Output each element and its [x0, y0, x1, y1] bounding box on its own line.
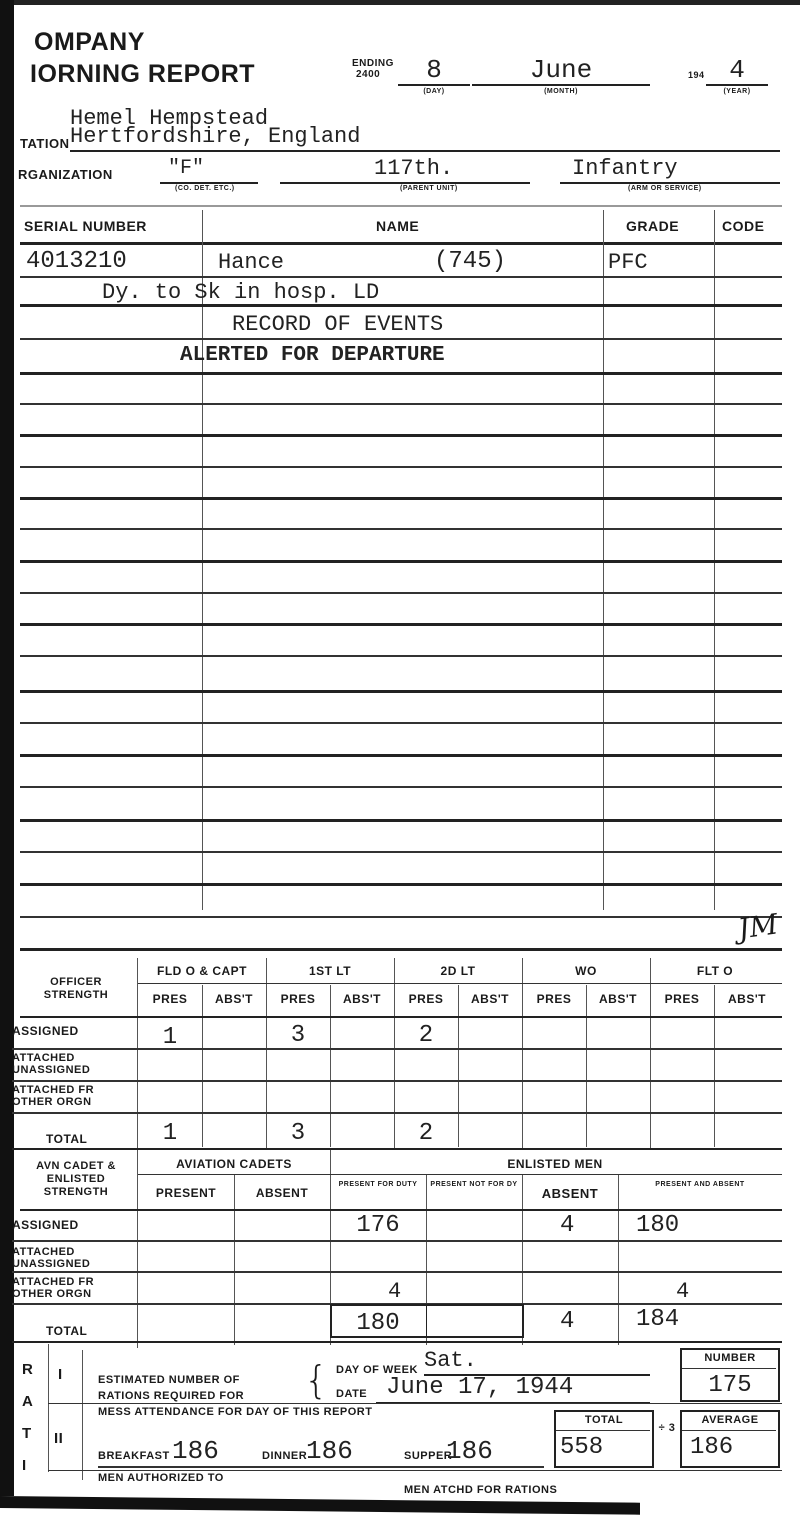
- dinner-value: 186: [306, 1436, 353, 1466]
- day-of-week-value: Sat.: [424, 1348, 650, 1376]
- enlisted-divider: [618, 1175, 619, 1345]
- roster-line: [20, 948, 782, 951]
- strength-rule: [12, 1080, 782, 1082]
- officer-strength-header: OFFICER STRENGTH: [20, 976, 132, 1002]
- enlisted-total-present-and-absent: 184: [636, 1306, 679, 1333]
- roster-line: [20, 304, 782, 307]
- strength-rule: [138, 983, 782, 984]
- mess-total-value: 558: [560, 1434, 603, 1461]
- mess-average-rule: [682, 1430, 776, 1431]
- estimated-label-2: RATIONS REQUIRED FOR: [98, 1388, 244, 1404]
- report-month: June: [472, 56, 650, 86]
- divide-by-three-symbol: ÷ 3: [658, 1420, 676, 1436]
- entry-name: Hance: [218, 250, 284, 275]
- enlisted-assigned-present-and-absent: 180: [636, 1212, 679, 1239]
- station-label: TATION: [20, 136, 69, 151]
- ration-number-label: NUMBER: [682, 1352, 778, 1364]
- men-atchd-rations-label: MEN ATCHD FOR RATIONS: [404, 1484, 557, 1496]
- group-enlisted-men: ENLISTED MEN: [330, 1157, 780, 1171]
- enlisted-row-attached-unassigned: ATTACHED UNASSIGNED: [12, 1246, 132, 1270]
- year-prefix: 194: [688, 70, 705, 80]
- events-entry: ALERTED FOR DEPARTURE: [180, 344, 445, 367]
- col-cadets-present: PRESENT: [138, 1186, 234, 1200]
- ration-date-value: June 17, 1944: [376, 1374, 650, 1404]
- enlisted-row-assigned: ASSIGNED: [12, 1218, 79, 1232]
- enlisted-assigned-absent: 4: [560, 1212, 574, 1239]
- estimated-label-1: ESTIMATED NUMBER OF: [98, 1372, 244, 1388]
- strength-rule: [20, 1016, 782, 1018]
- strength-divider: [714, 985, 715, 1147]
- officer-row-attached-fr-other: ATTACHED FR OTHER ORGN: [12, 1084, 132, 1108]
- rations-side-label: R A T I: [22, 1354, 42, 1482]
- roster-line: [20, 883, 782, 886]
- breakfast-label: BREAKFAST: [98, 1450, 170, 1462]
- record-of-events-title: RECORD OF EVENTS: [232, 312, 443, 337]
- dinner-label: DINNER: [262, 1450, 307, 1462]
- strength-divider: [330, 985, 331, 1147]
- rations-rule: [48, 1403, 782, 1404]
- roster-line: [20, 819, 782, 822]
- roster-line: [20, 403, 782, 405]
- day-caption: (DAY): [398, 88, 470, 95]
- subcol-pres: PRES: [266, 992, 330, 1006]
- supper-label: SUPPER: [404, 1450, 452, 1462]
- subcol-pres: PRES: [650, 992, 714, 1006]
- roster-line: [20, 528, 782, 530]
- roster-header-rule: [20, 242, 782, 245]
- report-day: 8: [398, 56, 470, 86]
- group-wo: WO: [522, 964, 650, 978]
- strength-divider: [458, 985, 459, 1147]
- subcol-abst: ABS'T: [586, 992, 650, 1006]
- strength-divider: [586, 985, 587, 1147]
- mess-total-label: TOTAL: [556, 1414, 652, 1426]
- col-present-for-duty: PRESENT FOR DUTY: [334, 1180, 422, 1190]
- ending-label-2: 2400: [352, 69, 394, 80]
- subcol-pres: PRES: [522, 992, 586, 1006]
- officer-total-fld-pres: 1: [138, 1120, 202, 1147]
- roster-line: [20, 434, 782, 437]
- subcol-abst: ABS'T: [202, 992, 266, 1006]
- strength-divider: [522, 958, 523, 1148]
- roster-line: [20, 592, 782, 594]
- officer-strength-header-1: OFFICER: [20, 976, 132, 989]
- men-authorized-label: MEN AUTHORIZED TO: [98, 1472, 224, 1484]
- rations-section-i: I: [58, 1366, 63, 1383]
- breakfast-value: 186: [172, 1436, 219, 1466]
- roster-line: [20, 372, 782, 375]
- officer-strength-header-2: STRENGTH: [20, 989, 132, 1002]
- rations-letter: R: [22, 1354, 42, 1386]
- scan-edge-top: [14, 0, 800, 5]
- enlisted-attached-present-for-duty: 4: [388, 1279, 401, 1304]
- group-flt-o: FLT O: [650, 964, 780, 978]
- roster-line: [20, 497, 782, 500]
- year-caption: (YEAR): [706, 88, 768, 95]
- officer-row-assigned: ASSIGNED: [12, 1024, 79, 1038]
- col-cadets-absent: ABSENT: [234, 1186, 330, 1200]
- enlisted-strength-header: AVN CADET & ENLISTED STRENGTH: [20, 1160, 132, 1199]
- mess-total-rule: [556, 1430, 650, 1431]
- enlisted-total-absent: 4: [560, 1308, 574, 1335]
- strength-rule: [12, 1112, 782, 1114]
- form-title-line2: IORNING REPORT: [30, 60, 255, 89]
- col-serial-number: SERIAL NUMBER: [24, 218, 147, 234]
- subcol-abst: ABS'T: [330, 992, 394, 1006]
- rations-section-ii: II: [54, 1430, 63, 1447]
- roster-line: [20, 916, 782, 918]
- roster-line: [20, 690, 782, 693]
- ration-number-value: 175: [682, 1372, 778, 1399]
- enlisted-row-total: TOTAL: [46, 1324, 87, 1338]
- strength-divider: [202, 985, 203, 1147]
- subcol-pres: PRES: [138, 992, 202, 1006]
- report-year: 4: [706, 56, 768, 86]
- rations-rule: [48, 1470, 782, 1471]
- form-title-line1: OMPANY: [34, 28, 145, 57]
- entry-serial: 4013210: [26, 248, 127, 275]
- officer-assigned-2dlt-pres: 2: [394, 1022, 458, 1049]
- org-arm-caption: (ARM OR SERVICE): [628, 185, 702, 192]
- officer-total-1stlt-pres: 3: [266, 1120, 330, 1147]
- enlisted-rule: [12, 1240, 782, 1242]
- roster-line: [20, 276, 782, 278]
- month-caption: (MONTH): [472, 88, 650, 95]
- meal-underline: [98, 1466, 544, 1468]
- mess-average-label: AVERAGE: [682, 1414, 778, 1426]
- group-fld-o-capt: FLD O & CAPT: [138, 964, 266, 978]
- enlisted-rule: [12, 1271, 782, 1273]
- enlisted-rule: [20, 1209, 782, 1211]
- strength-divider: [650, 958, 651, 1148]
- enlisted-total-box-divider: [426, 1304, 427, 1336]
- entry-code-number: (745): [434, 248, 506, 275]
- enlisted-divider: [234, 1175, 235, 1345]
- col-grade: GRADE: [626, 218, 679, 234]
- officer-total-2dlt-pres: 2: [394, 1120, 458, 1147]
- rations-letter: T: [22, 1418, 42, 1450]
- station-line2: Hertfordshire, England: [70, 124, 780, 152]
- strength-rule: [12, 1148, 782, 1150]
- group-aviation-cadets: AVIATION CADETS: [138, 1157, 330, 1171]
- rations-divider: [48, 1344, 49, 1472]
- entry-grade: PFC: [608, 250, 648, 275]
- col-present-and-absent: PRESENT AND ABSENT: [640, 1180, 760, 1190]
- col-enlisted-absent: ABSENT: [522, 1186, 618, 1201]
- rations-letter: I: [22, 1450, 42, 1482]
- entry-remark: Dy. to Sk in hosp. LD: [102, 280, 379, 305]
- ending-label-1: ENDING: [352, 58, 394, 69]
- roster-line: [20, 722, 782, 724]
- brace-icon: {: [304, 1360, 328, 1400]
- col-present-not-for-duty: PRESENT NOT FOR DY: [430, 1180, 518, 1190]
- enlisted-assigned-present-for-duty: 176: [330, 1212, 426, 1239]
- col-code: CODE: [722, 218, 764, 234]
- rations-letter: A: [22, 1386, 42, 1418]
- estimated-rations-label: ESTIMATED NUMBER OF RATIONS REQUIRED FOR: [98, 1372, 244, 1404]
- enlisted-attached-present-and-absent: 4: [676, 1279, 689, 1304]
- org-parent-caption: (PARENT UNIT): [400, 185, 458, 192]
- organization-label: RGANIZATION: [18, 167, 113, 182]
- date-label: DATE: [336, 1388, 367, 1400]
- scan-edge-bottom: [0, 1496, 800, 1516]
- subcol-abst: ABS'T: [714, 992, 780, 1006]
- roster-line: [20, 786, 782, 788]
- subcol-pres: PRES: [394, 992, 458, 1006]
- roster-top-rule: [20, 205, 782, 207]
- officer-row-attached-unassigned: ATTACHED UNASSIGNED: [12, 1052, 132, 1076]
- rations-divider: [82, 1350, 83, 1480]
- roster-line: [20, 754, 782, 757]
- subcol-abst: ABS'T: [458, 992, 522, 1006]
- org-company-caption: (CO. DET. ETC.): [175, 185, 235, 192]
- roster-line: [20, 466, 782, 468]
- ration-number-rule: [682, 1368, 776, 1369]
- officer-initials: JM: [736, 907, 780, 945]
- org-company: "F": [160, 156, 258, 184]
- roster-line: [20, 623, 782, 626]
- org-parent-unit: 117th.: [280, 156, 530, 184]
- ending-label: ENDING 2400: [352, 58, 394, 80]
- roster-line: [20, 655, 782, 657]
- strength-rule: [12, 1048, 782, 1050]
- officer-assigned-1stlt-pres: 3: [266, 1022, 330, 1049]
- roster-line: [20, 851, 782, 853]
- officer-row-total: TOTAL: [46, 1132, 87, 1146]
- enlisted-rule: [12, 1341, 782, 1343]
- mess-attendance-label: MESS ATTENDANCE FOR DAY OF THIS REPORT: [98, 1406, 372, 1418]
- enlisted-total-present-for-duty: 180: [330, 1310, 426, 1337]
- enlisted-rule: [138, 1174, 782, 1175]
- roster-line: [20, 560, 782, 563]
- roster-line: [20, 338, 782, 340]
- officer-assigned-fld-pres: 1: [138, 1024, 202, 1051]
- mess-average-value: 186: [690, 1434, 733, 1461]
- supper-value: 186: [446, 1436, 493, 1466]
- enlisted-row-attached-fr-other: ATTACHED FR OTHER ORGN: [12, 1276, 132, 1300]
- group-1st-lt: 1ST LT: [266, 964, 394, 978]
- col-name: NAME: [376, 218, 419, 234]
- org-arm: Infantry: [560, 156, 780, 184]
- group-2d-lt: 2D LT: [394, 964, 522, 978]
